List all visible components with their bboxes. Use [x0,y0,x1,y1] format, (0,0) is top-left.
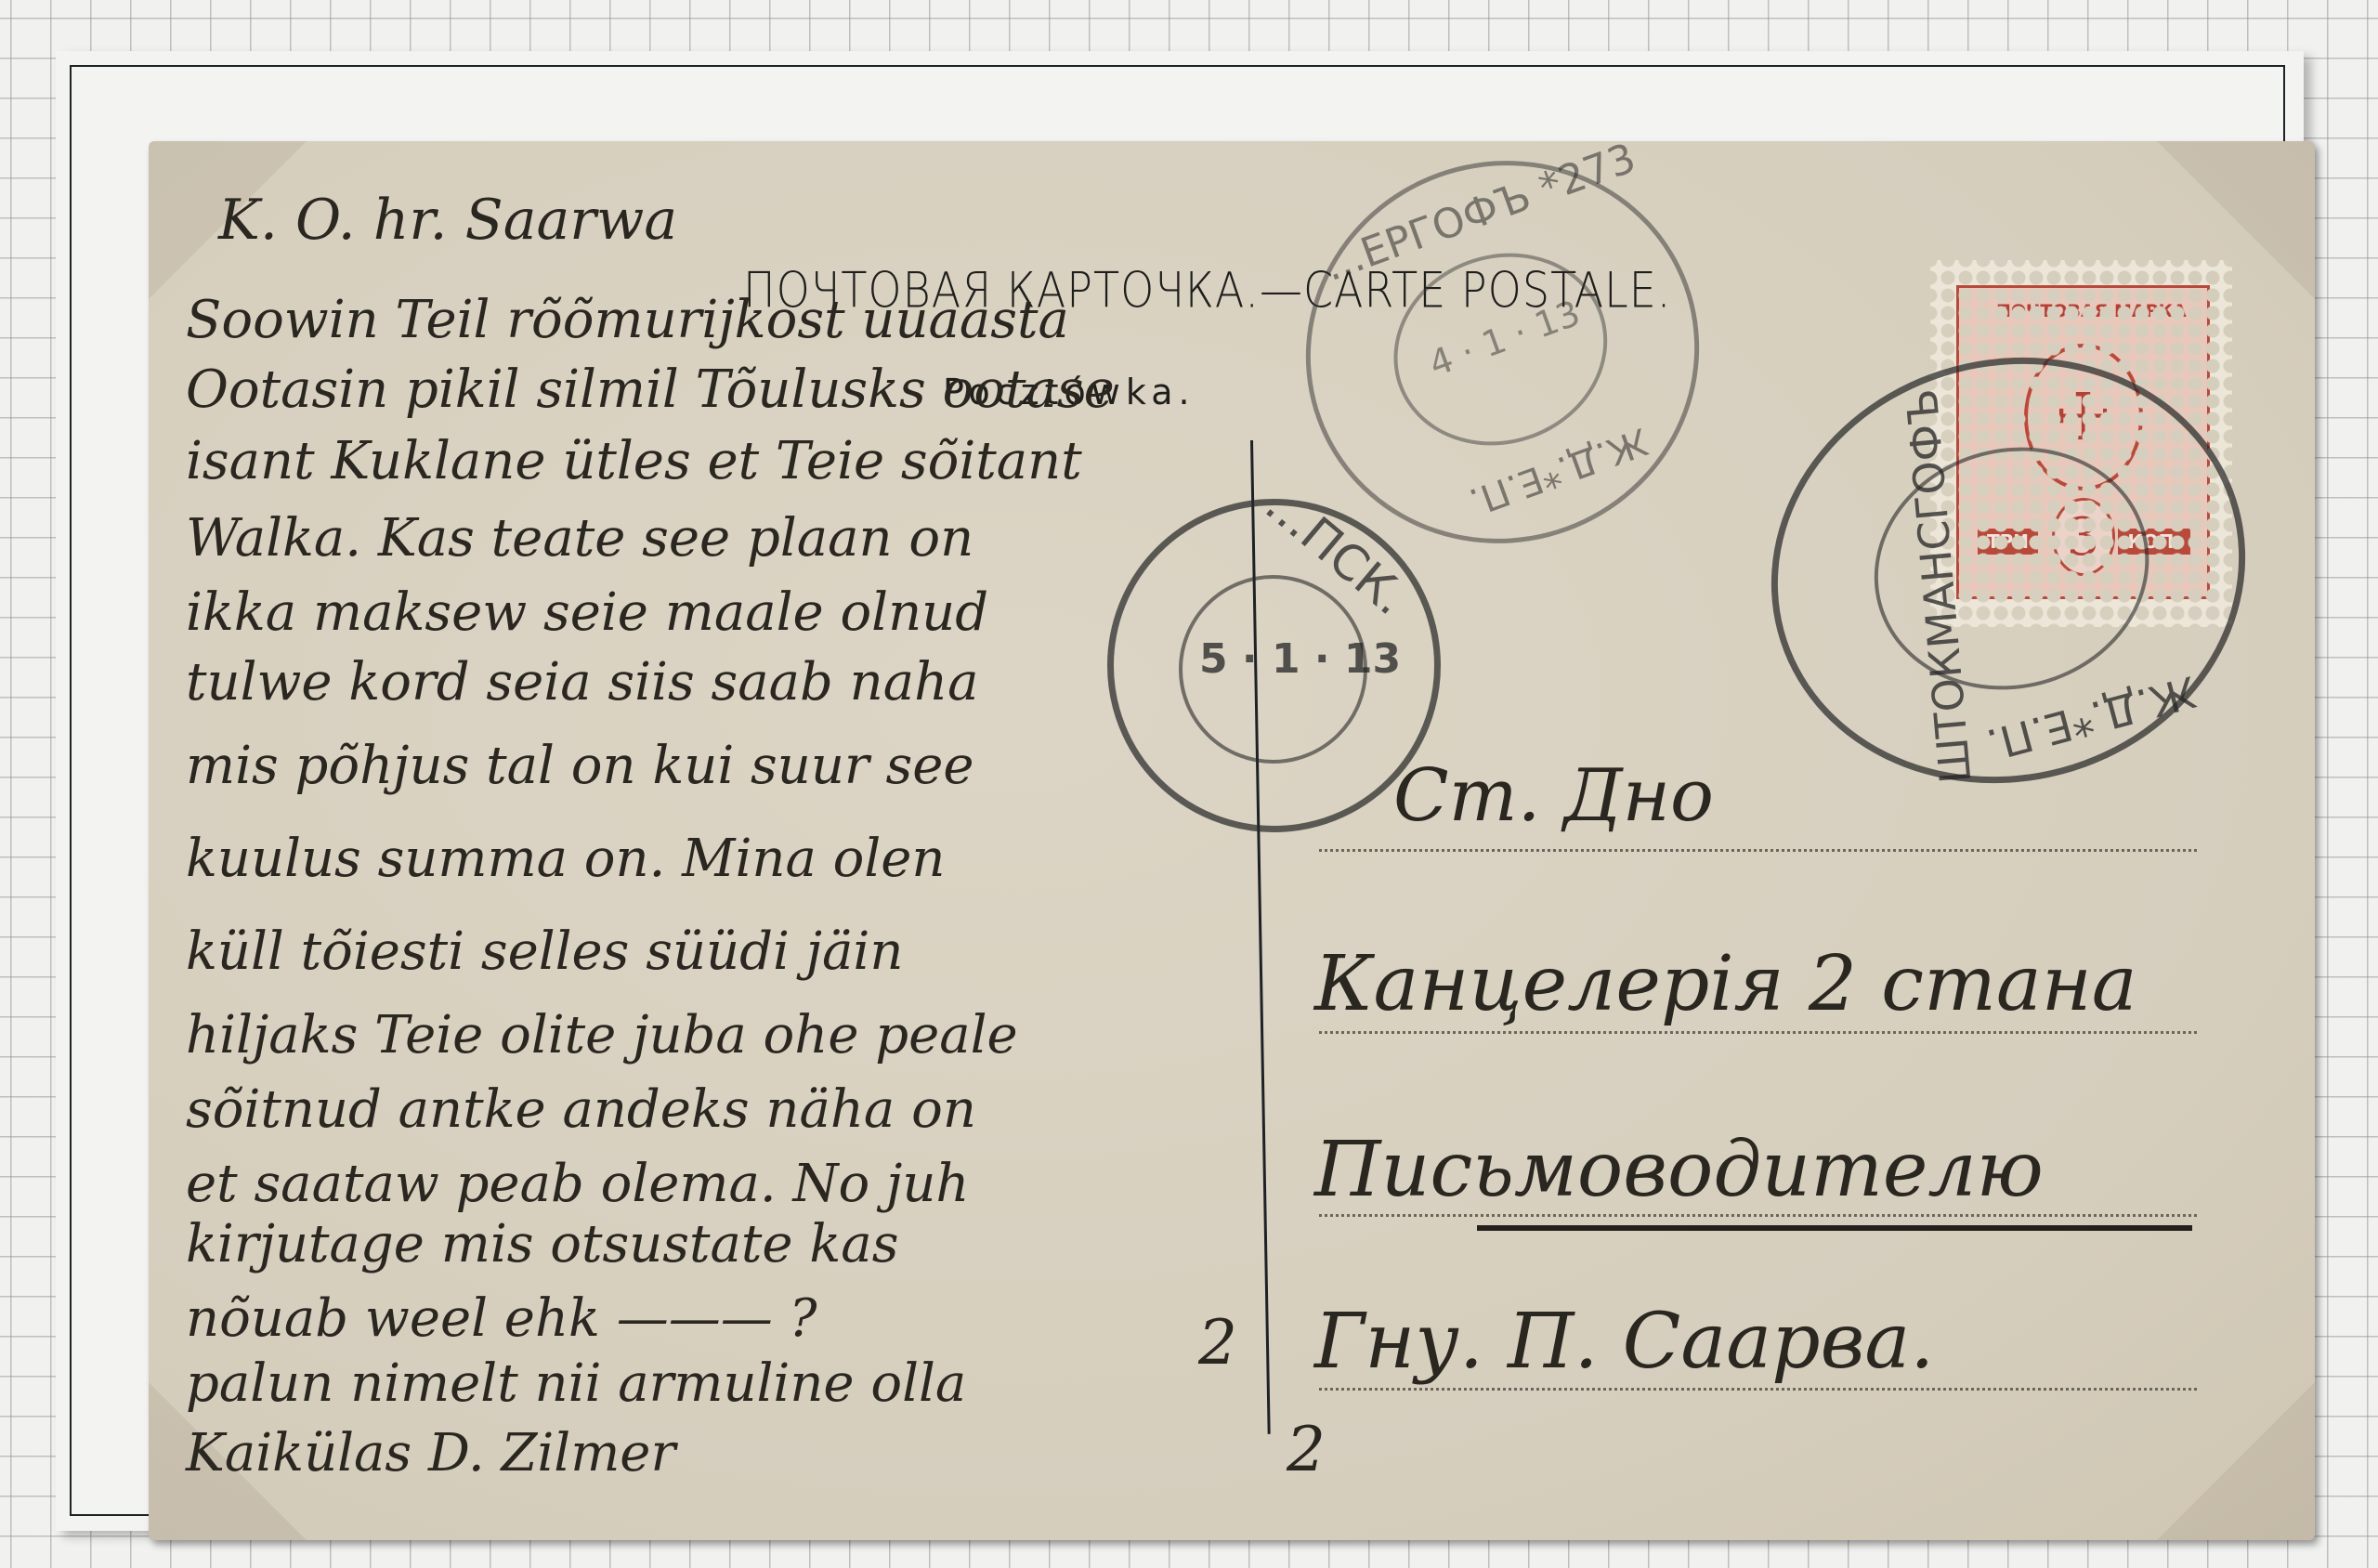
message-line: Ootasin pikil silmil Tõulusks ootase [186,359,1115,420]
message-line: mis põhjus tal on kui suur see [186,736,974,796]
signature-line: Kaikülas D. Zilmer [186,1423,675,1483]
message-line: küll tõiesti selles süüdi jäin [186,921,903,982]
address-line [1319,849,2197,852]
message-line: K. O. hr. Saarwa [218,188,677,253]
address-line [1319,1214,2197,1217]
margin-mark: 2 [1287,1414,1326,1485]
message-line: Soowin Teil rõõmurijkost uuaasta [186,290,1069,350]
address-line [1319,1031,2197,1034]
message-line: Walka. Kas teate see plaan on [186,508,973,568]
address-recipient: Гну. П. Саарва. [1314,1298,1934,1386]
corner-mount [2157,1382,2315,1540]
message-line: tulwe kord seia siis saab naha [186,652,979,712]
message-line: hiljaks Teie olite juba ohe peale [186,1005,1018,1065]
message-line: sõitnud antke andeks näha on [186,1079,976,1140]
message-line: nõuab weel ehk ——— ? [186,1288,817,1349]
address-line [1319,1388,2197,1391]
address-office: Канцелерія 2 стана [1314,940,2137,1028]
address-station: Ст. Дно [1393,754,1714,838]
margin-mark: 2 [1198,1307,1237,1379]
message-line: kirjutage mis otsustate kas [186,1214,898,1274]
message-line: isant Kuklane ütles et Teie sõitant [186,431,1082,491]
postcard: ПОЧТОВАЯ КАРТОЧКА.—CARTE POSTALE. Pocztó… [149,141,2315,1540]
message-line: palun nimelt nii armuline olla [186,1353,966,1414]
stamp-top-label: ПОЧТОВАЯ МАРКА [1996,301,2187,321]
message-line: ikka maksew seie maale olnud [186,582,988,643]
album-page: ПОЧТОВАЯ КАРТОЧКА.—CARTE POSTALE. Pocztó… [56,51,2304,1531]
message-line: kuulus summa on. Mina olen [186,829,946,889]
message-line: et saataw peab olema. No juh [186,1154,969,1214]
address-underline [1477,1225,2192,1231]
postmark-psk-date: 5 · 1 · 13 [1199,635,1401,683]
address-title: Письмоводителю [1314,1126,2044,1214]
postmark-psk: ...ПСК. 5 · 1 · 13 [1107,499,1441,832]
